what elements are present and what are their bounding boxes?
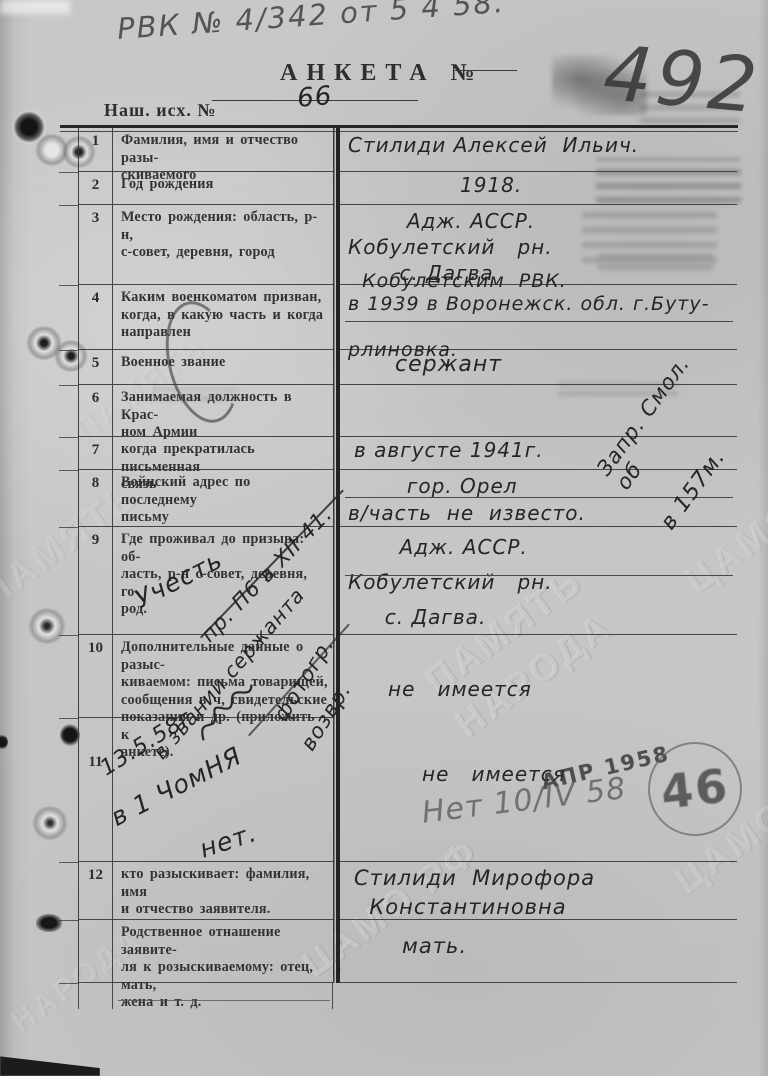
scan-shadow-corner [0,1048,100,1076]
table-row: 2 Год рождения 1918. [79,172,737,205]
scanned-questionnaire-page: ПАМЯТЬ НАРОДА ЦАМО РФ ЦАМО РФ ЦАМО РФ ПА… [0,0,768,1076]
paper-tear [28,608,66,644]
table-border-stub [78,983,79,1009]
table-border-stub [332,983,333,1009]
row-label: Войнский адрес по последнему письму [113,470,333,527]
writing-guide-line [345,575,733,576]
row-value-handwritten: не имеется [340,635,737,718]
column-divider [333,285,340,350]
row-label: Год рождения [113,172,333,205]
row-value-handwritten: Кобулетским РВК. в 1939 в Воронежск. обл… [340,270,737,350]
row-number [79,920,113,983]
row-label: Фамилия, имя и отчество разы- скиваемого [113,128,333,172]
column-divider [333,862,340,920]
row-value-handwritten: в августе 1941г. [340,437,737,470]
column-divider [333,172,340,205]
outgoing-number-label: Наш. исх. № [104,100,216,121]
punch-hole [60,724,80,746]
row-value-handwritten: Стилиди Мирофора Константиновна [340,862,737,920]
row-value-handwritten: мать. [340,920,737,983]
column-divider [333,205,340,285]
row-label: Место рождения: область, р-н, с-совет, д… [113,205,333,285]
punch-hole [0,734,8,750]
ink-blot [36,914,62,932]
column-divider [333,385,340,437]
row-number: 8 [79,470,113,527]
table-border-stub [112,983,113,1009]
row-number: 11 [79,718,113,862]
row-number: 9 [79,527,113,635]
row-value-handwritten: 1918. [340,172,737,205]
row-label: когда прекратилась письменная связь [113,437,333,470]
table-row: Родственное отнашение заявите- ля к розы… [79,920,737,983]
column-divider [333,920,340,983]
row-label: Родственное отнашение заявите- ля к розы… [113,920,333,983]
paper-tear [32,806,68,840]
row-number: 7 [79,437,113,470]
paper-light-edge [0,0,70,14]
writing-guide-line [118,1000,330,1001]
column-divider [333,437,340,470]
row-number: 2 [79,172,113,205]
corner-registration-note: РВК № 4/342 от 5 4 58. [116,0,506,46]
row-label: кто разыскивает: фамилия, имя и отчество… [113,862,333,920]
table-row: 12 кто разыскивает: фамилия, имя и отчес… [79,862,737,920]
column-divider [333,718,340,862]
table-row: 1 Фамилия, имя и отчество разы- скиваемо… [79,128,737,172]
page-number-stamp-value: 46 [658,759,731,820]
form-number-line [455,70,517,71]
column-divider [333,350,340,385]
row-number: 3 [79,205,113,285]
row-number: 4 [79,285,113,350]
row-number: 6 [79,385,113,437]
form-number-handwritten: 492 [600,28,764,130]
row-value-handwritten: Адж. АССР. Кобулетский рн. с. Дагва. [340,527,737,635]
row-number: 12 [79,862,113,920]
outgoing-number-handwritten: 66 [296,81,334,114]
column-divider [333,128,340,172]
questionnaire-table: 1 Фамилия, имя и отчество разы- скиваемо… [78,128,737,983]
writing-guide-line [345,321,733,322]
column-divider [333,527,340,635]
row-number: 10 [79,635,113,718]
row-number: 1 [79,128,113,172]
row-value-handwritten: Стилиди Алексей Ильич. [340,128,737,172]
row-number: 5 [79,350,113,385]
table-row: 10 Дополнительные данные о разыс- киваем… [79,635,737,718]
